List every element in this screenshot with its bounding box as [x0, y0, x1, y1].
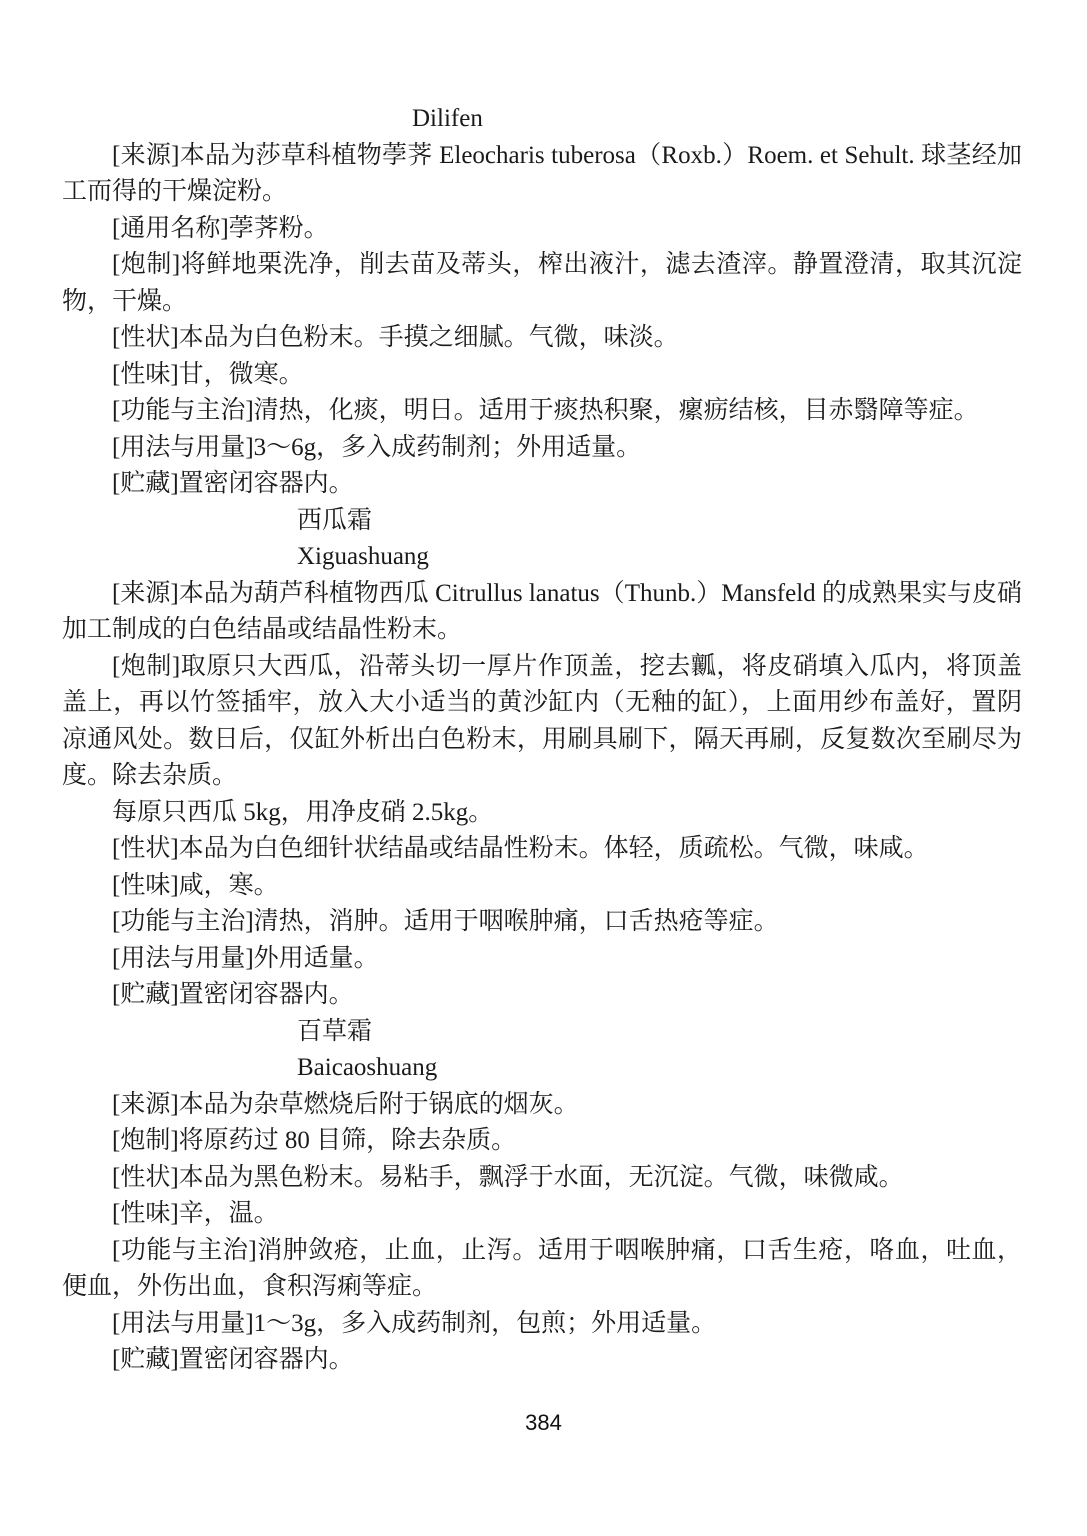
paragraph-storage: [贮藏]置密闭容器内。	[62, 1342, 1022, 1379]
paragraph-properties: [性状]本品为白色细针状结晶或结晶性粉末。体轻，质疏松。气微，味咸。	[62, 831, 1022, 868]
paragraph-processing: [炮制]取原只大西瓜，沿蒂头切一厚片作顶盖，挖去瓤，将皮硝填入瓜内，将顶盖盖上，…	[62, 649, 1022, 795]
paragraph-storage: [贮藏]置密闭容器内。	[62, 466, 1022, 503]
document-content: Dilifen [来源]本品为莎草科植物荸荠 Eleocharis tubero…	[62, 101, 1022, 1379]
section-title-pinyin-xiguashuang: Xiguashuang	[62, 539, 1022, 576]
paragraph-common-name: [通用名称]荸荠粉。	[62, 211, 1022, 248]
paragraph-taste: [性味]咸，寒。	[62, 868, 1022, 905]
paragraph-dosage: [用法与用量]1～3g，多入成药制剂，包煎；外用适量。	[62, 1306, 1022, 1343]
section-title-baicaoshuang: 百草霜	[62, 1014, 1022, 1051]
paragraph-functions: [功能与主治]清热，化痰，明日。适用于痰热积聚，瘰疬结核，目赤翳障等症。	[62, 393, 1022, 430]
paragraph-storage: [贮藏]置密闭容器内。	[62, 977, 1022, 1014]
paragraph-taste: [性味]甘，微寒。	[62, 357, 1022, 394]
document-page: Dilifen [来源]本品为莎草科植物荸荠 Eleocharis tubero…	[0, 0, 1087, 1536]
paragraph-taste: [性味]辛，温。	[62, 1196, 1022, 1233]
paragraph-dosage: [用法与用量]3～6g，多入成药制剂；外用适量。	[62, 430, 1022, 467]
paragraph-dosage: [用法与用量]外用适量。	[62, 941, 1022, 978]
paragraph-properties: [性状]本品为白色粉末。手摸之细腻。气微，味淡。	[62, 320, 1022, 357]
paragraph-functions: [功能与主治]清热，消肿。适用于咽喉肿痛，口舌热疮等症。	[62, 904, 1022, 941]
paragraph-processing: [炮制]将原药过 80 目筛，除去杂质。	[62, 1123, 1022, 1160]
paragraph-source: [来源]本品为杂草燃烧后附于锅底的烟灰。	[62, 1087, 1022, 1124]
paragraph-functions: [功能与主治]消肿敛疮，止血，止泻。适用于咽喉肿痛，口舌生疮，咯血，吐血，便血，…	[62, 1233, 1022, 1306]
section-title-pinyin-dilifen: Dilifen	[62, 101, 1022, 138]
paragraph-source: [来源]本品为莎草科植物荸荠 Eleocharis tuberosa（Roxb.…	[62, 138, 1022, 211]
section-title-xiguashuang: 西瓜霜	[62, 503, 1022, 540]
paragraph-processing: [炮制]将鲜地栗洗净，削去苗及蒂头，榨出液汁，滤去渣滓。静置澄清，取其沉淀物，干…	[62, 247, 1022, 320]
paragraph-properties: [性状]本品为黑色粉末。易粘手，飘浮于水面，无沉淀。气微，味微咸。	[62, 1160, 1022, 1197]
paragraph-source: [来源]本品为葫芦科植物西瓜 Citrullus lanatus（Thunb.）…	[62, 576, 1022, 649]
paragraph-ratio: 每原只西瓜 5kg，用净皮硝 2.5kg。	[62, 795, 1022, 832]
section-title-pinyin-baicaoshuang: Baicaoshuang	[62, 1050, 1022, 1087]
page-number: 384	[0, 1410, 1087, 1436]
